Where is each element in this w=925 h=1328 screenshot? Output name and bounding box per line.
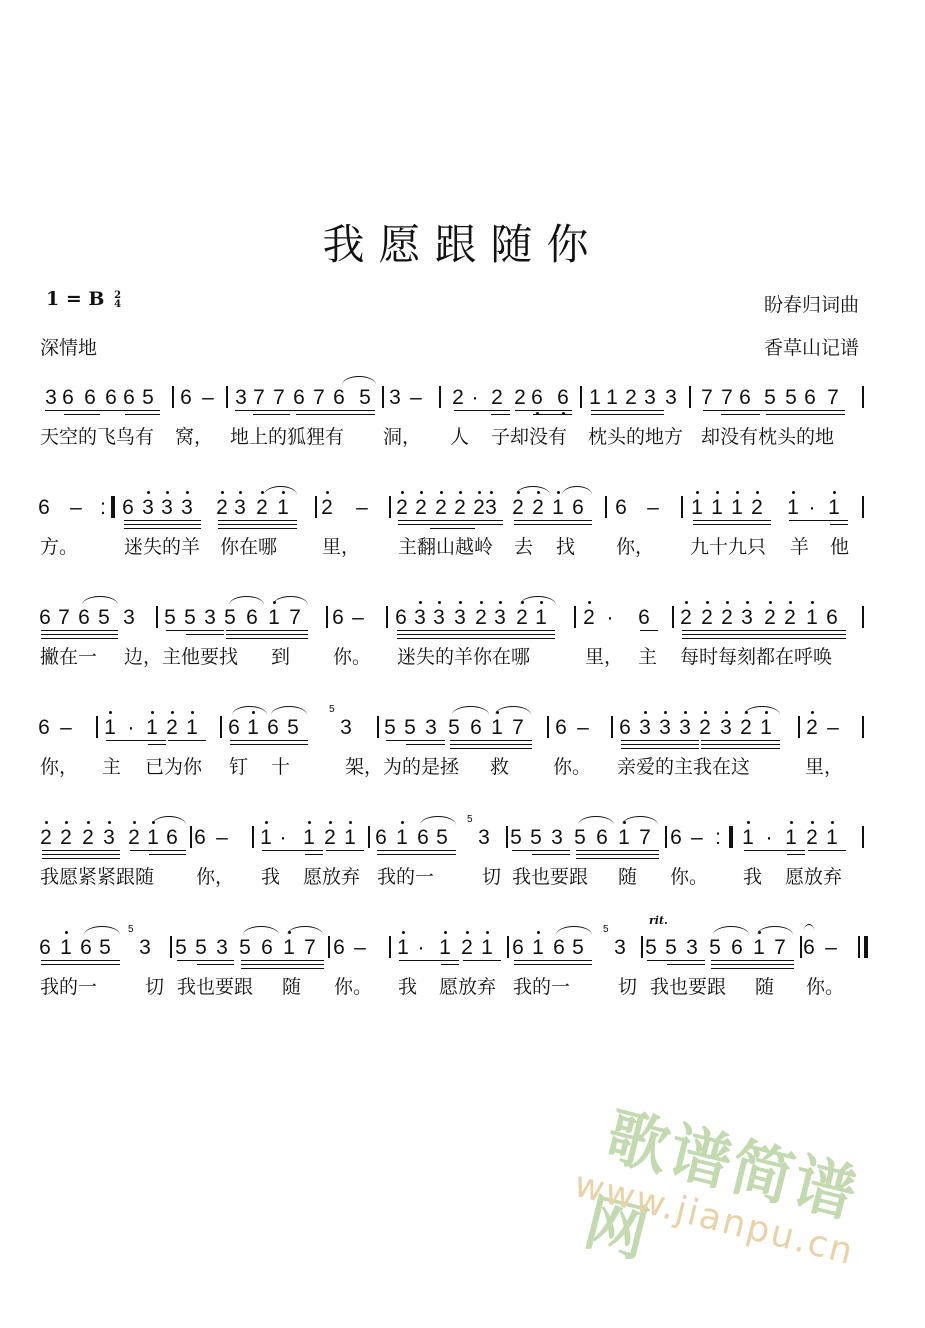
note: 1	[805, 606, 819, 630]
octave-up-dot	[65, 821, 68, 824]
notation-line-2: 6–:633323212–22222322166–11121·1	[0, 488, 925, 532]
note: 1	[302, 826, 316, 850]
slur-arc	[229, 596, 264, 605]
beam-underline	[226, 634, 308, 635]
octave-up-dot	[402, 931, 405, 934]
note: 5	[644, 936, 658, 960]
octave-up-dot	[466, 931, 469, 934]
slur-arc	[287, 926, 323, 935]
barline	[220, 716, 222, 738]
lyric-phrase: 方。	[40, 532, 78, 559]
beam-underline	[789, 520, 848, 521]
note: 5	[573, 826, 587, 850]
beam-underline	[640, 630, 658, 631]
beam-underline	[406, 744, 445, 745]
song-title: 我愿跟随你	[0, 212, 925, 272]
note: 2	[763, 606, 777, 630]
note: 5	[163, 606, 177, 630]
beam-underline	[703, 410, 845, 411]
sustain-dash: –	[201, 386, 215, 410]
note: 5	[358, 386, 372, 410]
note: 6	[79, 936, 93, 960]
octave-up-dot	[329, 821, 332, 824]
octave-up-dot	[499, 601, 502, 604]
note: 7	[57, 606, 71, 630]
note: 2	[323, 826, 337, 850]
note: 3	[658, 716, 672, 740]
note: 6	[104, 386, 118, 410]
barline	[172, 386, 174, 408]
note: 6	[571, 496, 585, 520]
note: 2	[320, 496, 334, 520]
note: 7	[700, 386, 714, 410]
octave-up-dot	[109, 711, 112, 714]
note: 1	[146, 826, 160, 850]
barline	[439, 386, 441, 408]
beam-underline	[305, 854, 323, 855]
beam-underline	[235, 410, 375, 411]
note: 1	[438, 936, 452, 960]
slur-arc	[516, 486, 550, 495]
note: 6	[394, 606, 408, 630]
note: 1	[534, 606, 548, 630]
note: 1	[784, 826, 798, 850]
beam-underline	[514, 520, 592, 521]
octave-up-dot	[644, 711, 647, 714]
beam-underline	[106, 740, 166, 741]
note: 3	[484, 496, 498, 520]
lyric-phrase: 架，为的是拯	[345, 752, 459, 779]
octave-up-dot	[747, 821, 750, 824]
note: 6	[38, 606, 52, 630]
note: 2	[805, 826, 819, 850]
beam-underline	[149, 854, 186, 855]
note: 3	[613, 936, 627, 960]
note: 2	[739, 716, 753, 740]
notation-line-3: 6765355356176–633323212·622232216	[0, 598, 925, 642]
beam-underline	[576, 854, 659, 855]
beam-underline	[711, 968, 794, 969]
beam-underline	[450, 744, 532, 745]
beam-underline	[41, 964, 120, 965]
lyric-phrase: 切	[145, 972, 164, 999]
note: 2	[720, 606, 734, 630]
barline	[672, 606, 674, 628]
lyric-phrase: 你，	[40, 752, 78, 779]
note: 5	[435, 826, 449, 850]
repeat-barline	[729, 826, 733, 848]
note: 5	[447, 716, 461, 740]
note: 1	[282, 936, 296, 960]
lyric-phrase: 我	[398, 972, 417, 999]
note: 1	[588, 386, 602, 410]
barline	[326, 606, 328, 628]
note: 3	[493, 606, 507, 630]
slur-arc	[342, 376, 376, 385]
note: 2	[582, 606, 596, 630]
note: 2	[255, 496, 269, 520]
beam-underline	[491, 414, 510, 415]
beam-underline	[512, 850, 570, 851]
octave-up-dot	[696, 491, 699, 494]
sustain-dash: –	[215, 826, 229, 850]
key-signature: 1 = B 2 4	[46, 288, 121, 310]
note: 2	[460, 936, 474, 960]
note: 3	[550, 826, 564, 850]
lyric-phrase: 已为你	[145, 752, 202, 779]
beam-underline	[576, 858, 659, 859]
barline	[681, 496, 683, 518]
beam-underline	[514, 964, 592, 965]
beam-underline	[64, 414, 100, 415]
lyric-phrase: 主	[638, 642, 657, 669]
notation-line-1: 3666656–37767653–2·2266112337765567	[0, 378, 925, 422]
note: 1	[267, 606, 281, 630]
octave-up-dot	[419, 601, 422, 604]
note: 1	[396, 936, 410, 960]
barline	[665, 826, 667, 848]
lyric-phrase: 钉	[229, 752, 248, 779]
slur-arc	[744, 706, 780, 715]
beam-underline	[830, 524, 848, 525]
lyric-phrase: 你。	[806, 972, 844, 999]
lyric-phrase: 我也要跟	[512, 862, 588, 889]
beam-underline	[124, 520, 201, 521]
lyric-phrase: 我	[261, 862, 280, 889]
note: 1	[759, 716, 773, 740]
octave-up-dot	[811, 821, 814, 824]
octave-up-dot	[265, 821, 268, 824]
note: 6	[37, 716, 51, 740]
note: 2	[39, 826, 53, 850]
beam-underline	[197, 964, 234, 965]
grace-note: 5	[128, 924, 134, 935]
octave-up-dot	[440, 491, 443, 494]
beam-underline	[701, 740, 780, 741]
octave-up-dot	[221, 491, 224, 494]
octave-up-dot	[147, 491, 150, 494]
note: 3	[643, 386, 657, 410]
beam-underline	[130, 850, 186, 851]
beam-underline	[41, 634, 118, 635]
beam-underline	[591, 410, 664, 411]
lyric-phrase: 天空的飞鸟有	[40, 422, 154, 449]
beam-underline	[326, 850, 364, 851]
beam-underline	[241, 960, 324, 961]
note: 3	[388, 386, 402, 410]
octave-up-dot	[459, 491, 462, 494]
note: 2	[490, 386, 504, 410]
note: 2	[165, 716, 179, 740]
octave-up-dot	[664, 711, 667, 714]
beam-underline	[218, 524, 297, 525]
slur-arc	[622, 816, 658, 825]
note: 1	[710, 496, 724, 520]
key-label: 1 = B	[46, 288, 104, 310]
note: 6	[416, 826, 430, 850]
lyric-phrase: 你，	[196, 862, 234, 889]
beam-underline	[397, 630, 555, 631]
note: 1	[730, 496, 744, 520]
sustain-dash: –	[351, 606, 365, 630]
note: 6	[121, 496, 135, 520]
grace-note: 5	[467, 814, 473, 825]
time-signature: 2 4	[114, 291, 121, 309]
barline	[862, 716, 864, 738]
beam-underline	[241, 964, 324, 965]
octave-up-dot	[438, 601, 441, 604]
note: 1	[531, 936, 545, 960]
note: 7	[773, 936, 787, 960]
lyric-phrase: 主	[102, 752, 121, 779]
beam-underline	[399, 960, 459, 961]
note: 6	[61, 386, 75, 410]
note: 2	[59, 826, 73, 850]
note: 5	[529, 826, 543, 850]
octave-up-dot	[684, 711, 687, 714]
beam-underline	[253, 414, 290, 415]
note: 2	[453, 496, 467, 520]
note: 6	[595, 826, 609, 850]
note: 6	[614, 496, 628, 520]
note: 2	[513, 386, 527, 410]
beam-underline	[125, 414, 160, 415]
lyric-phrase: 九十九只	[690, 532, 766, 559]
barline	[611, 716, 613, 738]
barline	[689, 386, 691, 408]
lyric-phrase: 愿放弃	[785, 862, 842, 889]
sustain-dash: –	[353, 936, 367, 960]
note: 7	[303, 936, 317, 960]
beam-underline	[262, 850, 323, 851]
octave-up-dot	[833, 491, 836, 494]
beam-underline	[296, 414, 375, 415]
notation-line-6: 61653555356176–1·1216165355rit.5356176–	[0, 928, 925, 972]
note: 2	[750, 496, 764, 520]
lyric-phrase: 窝，	[175, 422, 213, 449]
sustain-dash: –	[646, 496, 660, 520]
note: 6	[266, 716, 280, 740]
beam-underline	[218, 528, 297, 529]
beam-underline	[647, 960, 705, 961]
note: 5	[383, 716, 397, 740]
lyric-phrase: 随	[618, 862, 637, 889]
note: 1	[185, 716, 199, 740]
barline	[862, 826, 864, 848]
note: 3	[664, 386, 678, 410]
lyric-phrase: 到	[271, 642, 290, 669]
barline	[858, 936, 860, 958]
tempo-marking: 深情地	[40, 333, 97, 360]
octave-up-dot	[133, 821, 136, 824]
note: 2	[679, 606, 693, 630]
note: 6	[331, 606, 345, 630]
slur-arc	[271, 706, 307, 715]
transcriber-credit: 香草山记谱	[764, 333, 859, 360]
octave-up-dot	[308, 821, 311, 824]
note: 5	[174, 936, 188, 960]
beam-underline	[701, 748, 780, 749]
octave-up-dot	[191, 711, 194, 714]
lyric-phrase: 我的一	[513, 972, 570, 999]
beam-underline	[398, 520, 503, 521]
note: 5	[664, 936, 678, 960]
beam-underline	[42, 854, 120, 855]
octave-up-dot	[537, 931, 540, 934]
note: 2	[434, 496, 448, 520]
beam-underline	[230, 744, 308, 745]
note: 3	[453, 606, 467, 630]
note: 1	[752, 936, 766, 960]
beam-underline	[41, 638, 118, 639]
slur-arc	[713, 926, 749, 935]
lyric-phrase: 里，	[805, 752, 843, 779]
ritardando-marking: rit.	[649, 914, 668, 927]
lyric-phrase: 愿放弃	[439, 972, 496, 999]
octave-up-dot	[746, 601, 749, 604]
lyric-phrase: 你在哪	[220, 532, 277, 559]
lyric-phrase: 救	[490, 752, 509, 779]
note: 6	[554, 716, 568, 740]
sustain-dash: –	[59, 716, 73, 740]
octave-up-dot	[171, 711, 174, 714]
note: 6	[292, 386, 306, 410]
beam-underline	[693, 524, 771, 525]
repeat-barline	[864, 936, 868, 958]
octave-up-dot	[45, 821, 48, 824]
barline	[547, 716, 549, 738]
octave-up-dot	[811, 601, 814, 604]
beam-underline	[450, 740, 532, 741]
barline	[382, 386, 384, 408]
lyric-phrase: 里，	[322, 532, 360, 559]
octave-up-dot	[490, 491, 493, 494]
beam-underline	[441, 964, 459, 965]
beam-underline	[377, 850, 456, 851]
lyric-phrase: 主翻山越岭	[398, 532, 493, 559]
beam-underline	[454, 410, 510, 411]
beam-underline	[41, 960, 120, 961]
barline	[190, 826, 192, 848]
octave-up-dot	[706, 601, 709, 604]
sustain-dash: –	[826, 716, 840, 740]
note: 1	[395, 826, 409, 850]
note: 7	[312, 386, 326, 410]
dotted-rhythm: ·	[124, 716, 138, 740]
lyric-phrase: 里，	[585, 642, 623, 669]
beam-underline	[682, 634, 846, 635]
note: 3	[339, 716, 353, 740]
lyric-phrase: 却没有枕头的地	[701, 422, 834, 449]
barline	[507, 936, 509, 958]
lyric-phrase: 我的一	[40, 972, 97, 999]
octave-up-dot	[557, 491, 560, 494]
slur-arc	[562, 486, 592, 495]
note: 3	[160, 496, 174, 520]
lyric-phrase: 亲爱的主我在这	[617, 752, 750, 779]
note: 6	[165, 826, 179, 850]
octave-up-dot	[736, 491, 739, 494]
lyric-phrase: 你。	[333, 642, 371, 669]
octave-up-dot	[65, 931, 68, 934]
note: 6	[730, 936, 744, 960]
note: 1	[741, 826, 755, 850]
note: 5	[784, 386, 798, 410]
beam-underline	[721, 414, 760, 415]
note: 1	[605, 386, 619, 410]
note: 1	[259, 826, 273, 850]
beam-underline	[430, 528, 475, 529]
octave-up-dot	[401, 821, 404, 824]
repeat-sign: :	[96, 496, 110, 520]
note: 3	[719, 716, 733, 740]
note: 5	[286, 716, 300, 740]
note: 7	[720, 386, 734, 410]
note: 7	[511, 716, 525, 740]
note: 3	[138, 936, 152, 960]
lyric-phrase: 我也要跟	[650, 972, 726, 999]
octave-up-dot	[166, 491, 169, 494]
octave-up-dot	[756, 491, 759, 494]
beam-underline	[808, 850, 846, 851]
slur-arc	[84, 926, 120, 935]
beam-underline	[398, 524, 503, 525]
beam-underline	[744, 850, 805, 851]
beam-underline	[532, 854, 570, 855]
sustain-dash: –	[355, 496, 369, 520]
note: 6	[83, 386, 97, 410]
note: 6	[530, 386, 544, 410]
note: 3	[203, 606, 217, 630]
repeat-barline	[111, 496, 115, 518]
note: 1	[827, 496, 841, 520]
note: 6	[37, 496, 51, 520]
grace-note: 5	[329, 704, 335, 715]
lyric-phrase: 愿放弃	[303, 862, 360, 889]
barline	[574, 606, 576, 628]
slur-arc	[757, 926, 793, 935]
beam-underline	[766, 414, 845, 415]
note: 2	[127, 826, 141, 850]
note: 2	[698, 716, 712, 740]
lyric-phrase: 边，主他要找	[124, 642, 238, 669]
note: 1	[480, 936, 494, 960]
note: 6	[332, 936, 346, 960]
note: 5	[141, 386, 155, 410]
beam-underline	[397, 638, 555, 639]
beam-underline	[576, 850, 659, 851]
note: 6	[556, 386, 570, 410]
note: 6	[738, 386, 752, 410]
notation-line-4: 6–1·12161653555356176–633323212–	[0, 708, 925, 752]
beam-underline	[386, 740, 445, 741]
note: 5	[194, 936, 208, 960]
barline	[170, 936, 172, 958]
lyric-phrase: 找	[556, 532, 575, 559]
slur-arc	[243, 926, 279, 935]
notation-line-5: 22232166–1·12161653555356176–:1·121	[0, 818, 925, 862]
beam-underline	[682, 638, 846, 639]
note: 5	[97, 606, 111, 630]
octave-up-dot	[478, 491, 481, 494]
note: 6	[618, 716, 632, 740]
beam-underline	[711, 960, 794, 961]
note: 7	[638, 826, 652, 850]
note: 6	[825, 606, 839, 630]
lyric-phrase: 你。	[553, 752, 591, 779]
beam-underline	[230, 740, 308, 741]
note: 7	[826, 386, 840, 410]
